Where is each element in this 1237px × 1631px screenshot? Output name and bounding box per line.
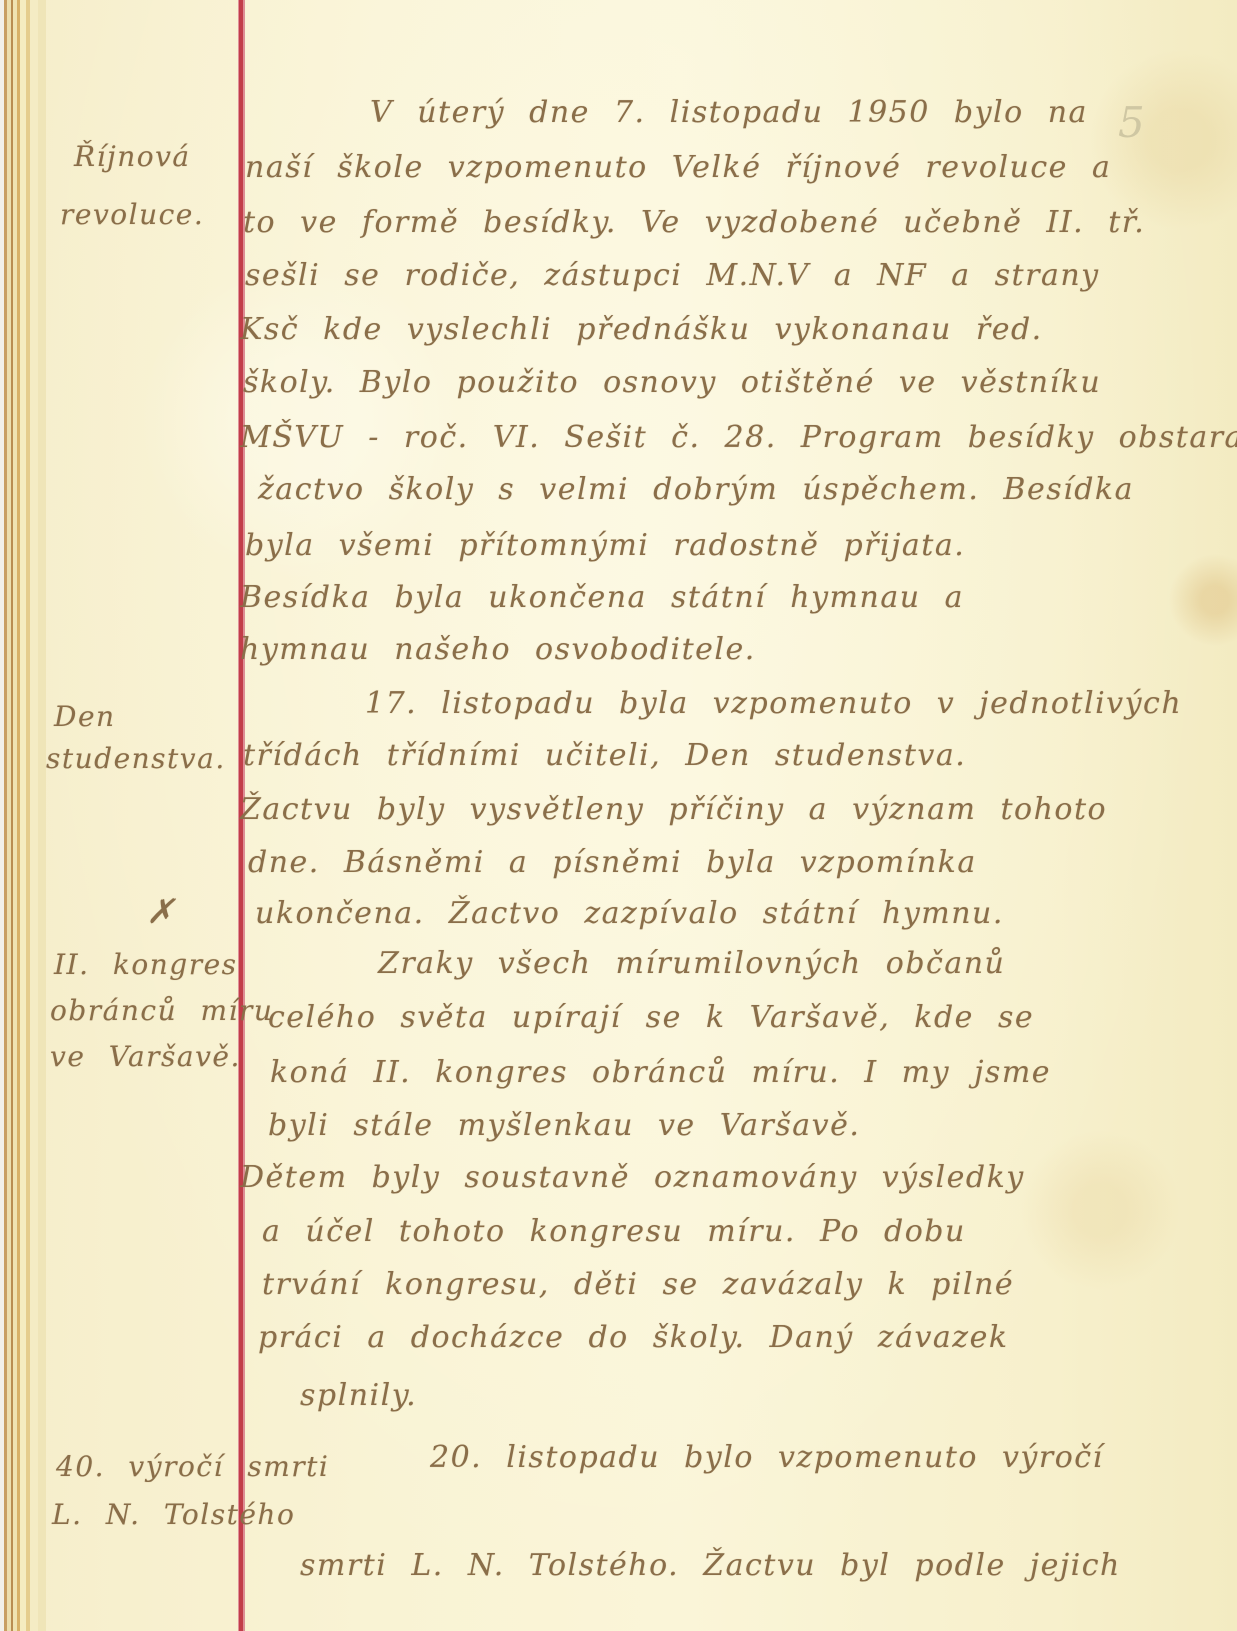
margin-note-den-line1: Den: [54, 700, 116, 733]
book-page-edges: [0, 0, 46, 1631]
margin-cross-marker: ✗: [146, 892, 176, 932]
handwriting-line: 17. listopadu byla vzpomenuto v jednotli…: [365, 686, 1182, 721]
handwriting-line: ukončena. Žactvo zazpívalo státní hymnu.: [255, 896, 1004, 931]
handwriting-line: 20. listopadu bylo vzpomenuto výročí: [430, 1440, 1104, 1475]
handwriting-line: a účel tohoto kongresu míru. Po dobu: [262, 1214, 966, 1249]
page-number: 5: [1118, 98, 1145, 147]
handwriting-line: to ve formě besídky. Ve vyzdobené učebně…: [243, 205, 1145, 240]
handwriting-line: MŠVU - roč. VI. Sešit č. 28. Program bes…: [240, 420, 1237, 455]
handwriting-line: splnily.: [300, 1378, 417, 1413]
handwriting-line: Besídka byla ukončena státní hymnau a: [240, 580, 964, 615]
handwriting-line: žactvo školy s velmi dobrým úspěchem. Be…: [258, 472, 1134, 507]
margin-note-kongres-line1: II. kongres: [54, 948, 238, 981]
handwriting-line: Ksč kde vyslechli přednášku vykonanau ře…: [240, 312, 1043, 347]
margin-note-tolstoj-line2: L. N. Tolstého: [52, 1498, 295, 1531]
handwriting-line: trvání kongresu, děti se zavázaly k piln…: [262, 1267, 1014, 1302]
handwriting-line: práci a docházce do školy. Daný závazek: [258, 1320, 1009, 1355]
margin-note-tolstoj-line1: 40. výročí smrti: [56, 1450, 329, 1483]
margin-note-rijnova-line2: revoluce.: [60, 198, 204, 231]
handwriting-line: V úterý dne 7. listopadu 1950 bylo na: [370, 95, 1088, 130]
handwriting-line: smrti L. N. Tolstého. Žactvu byl podle j…: [300, 1548, 1121, 1583]
margin-note-den-line2: studenstva.: [46, 742, 226, 775]
handwriting-line: hymnau našeho osvoboditele.: [240, 632, 756, 667]
handwriting-line: byli stále myšlenkau ve Varšavě.: [268, 1108, 860, 1143]
handwriting-line: školy. Bylo použito osnovy otištěné ve v…: [243, 365, 1101, 400]
handwriting-line: byla všemi přítomnými radostně přijata.: [245, 528, 965, 563]
handwriting-line: Žactvu byly vysvětleny příčiny a význam …: [240, 792, 1107, 827]
handwriting-line: Zraky všech mírumilovných občanů: [378, 946, 1005, 981]
handwriting-line: třídách třídními učiteli, Den studenstva…: [243, 738, 966, 773]
margin-note-rijnova-line1: Říjnová: [74, 140, 191, 173]
margin-note-kongres-line2: obránců míru: [50, 994, 273, 1027]
handwriting-line: naší škole vzpomenuto Velké říjnové revo…: [245, 150, 1111, 185]
handwriting-line: sešli se rodiče, zástupci M.N.V a NF a s…: [245, 258, 1100, 293]
handwriting-line: Dětem byly soustavně oznamovány výsledky: [240, 1160, 1025, 1195]
handwriting-line: koná II. kongres obránců míru. I my jsme: [270, 1055, 1051, 1090]
handwriting-line: celého světa upírají se k Varšavě, kde s…: [268, 1000, 1034, 1035]
margin-note-kongres-line3: ve Varšavě.: [50, 1040, 241, 1073]
handwriting-line: dne. Básněmi a písněmi byla vzpomínka: [248, 845, 977, 880]
